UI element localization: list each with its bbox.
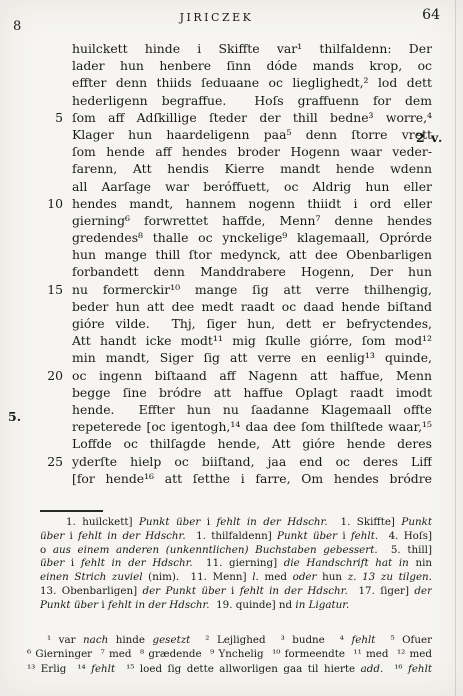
- text-line: hun mange thill ſtor medynck, att dee Ob…: [28, 246, 432, 263]
- line-number: [28, 126, 72, 143]
- text-line: 5ſom aff Adſkillige ſteder der thill bed…: [28, 109, 432, 126]
- line-number: [28, 263, 72, 280]
- variant-apparatus-block: ¹ var nach hinde gesetzt ² Lejlighed ³ b…: [27, 633, 432, 676]
- line-number: [28, 40, 72, 57]
- text-line-content: hun mange thill ſtor medynck, att dee Ob…: [72, 246, 432, 263]
- line-number: 15: [28, 281, 72, 298]
- left-margin-note: 5.: [8, 409, 21, 424]
- text-line-content: ſom hende aff hendes broder Hogenn waar …: [72, 143, 432, 160]
- line-number: 25: [28, 453, 72, 470]
- apparatus-line: 13. Obenbarligen] der Punkt über i fehlt…: [40, 585, 432, 599]
- text-line-content: yderſte hielp oc biiſtand, jaa end oc de…: [72, 453, 432, 470]
- apparatus-line: Punkt über i fehlt in der Hdschr. 19. qu…: [40, 599, 432, 613]
- text-line: lader hun henbere ſinn dóde mands krop, …: [28, 57, 432, 74]
- text-line: hende. Effter hun nu ſaadanne Klagemaall…: [28, 401, 432, 418]
- line-number: [28, 160, 72, 177]
- text-line-content: hederligenn begraffue. Hoſs graffuenn fo…: [72, 92, 432, 109]
- text-line: huilckett hinde i Skiffte var¹ thilfalde…: [28, 40, 432, 57]
- text-line-content: effter denn thiids ſeduaane oc lieglighe…: [72, 74, 432, 91]
- text-line: 10hendes mandt, hannem nogenn thiidt i o…: [28, 195, 432, 212]
- text-line-content: oc ingenn biſtaand aff Nagenn att haffue…: [72, 367, 432, 384]
- text-line: gredendes⁸ thalle oc ynckelige⁹ klagemaa…: [28, 229, 432, 246]
- text-line: Loffde oc thilſagde hende, Att gióre hen…: [28, 435, 432, 452]
- text-line-content: hendes mandt, hannem nogenn thiidt i ord…: [72, 195, 432, 212]
- text-line: min mandt, Siger ſig att verre en eenlig…: [28, 349, 432, 366]
- text-line-content: [for hende¹⁶ att ſetthe i farre, Om hend…: [72, 470, 432, 487]
- line-number: [28, 384, 72, 401]
- line-number: [28, 143, 72, 160]
- text-line-content: gierning⁶ forwrettet haffde, Menn⁷ denne…: [72, 212, 432, 229]
- text-line-content: Att handt icke modt¹¹ mig ſkulle giórre,…: [72, 332, 432, 349]
- line-number: [28, 229, 72, 246]
- text-line-content: ſom aff Adſkillige ſteder der thill bedn…: [72, 109, 432, 126]
- line-number: [28, 57, 72, 74]
- text-line-content: farenn, Att hendis Kierre mandt hende wd…: [72, 160, 432, 177]
- text-line-content: gióre vilde. Thj, ſiger hun, dett er bef…: [72, 315, 432, 332]
- book-page-scan: 8 JIRICZEK 64 2 v. 5. huilckett hinde i …: [0, 0, 463, 696]
- text-line: farenn, Att hendis Kierre mandt hende wd…: [28, 160, 432, 177]
- text-line-content: lader hun henbere ſinn dóde mands krop, …: [72, 57, 432, 74]
- text-line-content: all Aarſage war beróffuett, oc Aldrig hu…: [72, 178, 432, 195]
- text-line: Att handt icke modt¹¹ mig ſkulle giórre,…: [28, 332, 432, 349]
- text-line: effter denn thiids ſeduaane oc lieglighe…: [28, 74, 432, 91]
- text-line-content: Klager hun haardeligenn paa⁵ denn ſtorre…: [72, 126, 432, 143]
- variant-line: ¹ var nach hinde gesetzt ² Lejlighed ³ b…: [27, 633, 432, 647]
- line-number: [28, 315, 72, 332]
- text-line: Klager hun haardeligenn paa⁵ denn ſtorre…: [28, 126, 432, 143]
- text-line-content: forbandett denn Manddrabere Hogenn, Der …: [72, 263, 432, 280]
- footnote-separator-rule: [40, 510, 103, 512]
- text-line: forbandett denn Manddrabere Hogenn, Der …: [28, 263, 432, 280]
- text-line-content: huilckett hinde i Skiffte var¹ thilfalde…: [72, 40, 432, 57]
- text-line-content: gredendes⁸ thalle oc ynckelige⁹ klagemaa…: [72, 229, 432, 246]
- line-number: [28, 435, 72, 452]
- line-number: [28, 92, 72, 109]
- text-line: begge ſine bródre att haffue Oplagt raad…: [28, 384, 432, 401]
- text-line-content: nu formerckir¹⁰ mange ſig att verre thil…: [72, 281, 432, 298]
- line-number: 20: [28, 367, 72, 384]
- variant-line: ⁶ Gierninger ⁷ med ⁸ grædende ⁹ Ynchelig…: [27, 647, 432, 661]
- text-line: [for hende¹⁶ att ſetthe i farre, Om hend…: [28, 470, 432, 487]
- line-number: 5: [28, 109, 72, 126]
- text-line: gióre vilde. Thj, ſiger hun, dett er bef…: [28, 315, 432, 332]
- text-line: repeterede [oc igentogh,¹⁴ daa dee ſom t…: [28, 418, 432, 435]
- text-line-content: hende. Effter hun nu ſaadanne Klagemaall…: [72, 401, 432, 418]
- critical-apparatus-block: 1. huilckett] Punkt über i fehlt in der …: [40, 516, 432, 613]
- apparatus-line: einen Strich zuviel (nim). 11. Menn] l. …: [40, 571, 432, 585]
- text-line-content: min mandt, Siger ſig att verre en eenlig…: [72, 349, 432, 366]
- text-line: gierning⁶ forwrettet haffde, Menn⁷ denne…: [28, 212, 432, 229]
- running-title: JIRICZEK: [0, 11, 433, 24]
- line-number: [28, 298, 72, 315]
- line-number: [28, 349, 72, 366]
- line-number: [28, 401, 72, 418]
- line-number: [28, 178, 72, 195]
- line-number: 10: [28, 195, 72, 212]
- line-number: [28, 74, 72, 91]
- text-line: all Aarſage war beróffuett, oc Aldrig hu…: [28, 178, 432, 195]
- text-line-content: beder hun att dee medt raadt oc daad hen…: [72, 298, 432, 315]
- text-line-content: repeterede [oc igentogh,¹⁴ daa dee ſom t…: [72, 418, 432, 435]
- page-number: 64: [422, 7, 440, 23]
- text-line: beder hun att dee medt raadt oc daad hen…: [28, 298, 432, 315]
- main-text-block: huilckett hinde i Skiffte var¹ thilfalde…: [28, 40, 432, 487]
- text-line: 20oc ingenn biſtaand aff Nagenn att haff…: [28, 367, 432, 384]
- apparatus-line: o aus einem anderen (unkenntlichen) Buch…: [40, 544, 432, 558]
- text-line-content: begge ſine bródre att haffue Oplagt raad…: [72, 384, 432, 401]
- apparatus-line: über i fehlt in der Hdschr. 1. thilfalde…: [40, 530, 432, 544]
- text-line-content: Loffde oc thilſagde hende, Att gióre hen…: [72, 435, 432, 452]
- text-line: 25yderſte hielp oc biiſtand, jaa end oc …: [28, 453, 432, 470]
- line-number: [28, 418, 72, 435]
- text-line: ſom hende aff hendes broder Hogenn waar …: [28, 143, 432, 160]
- variant-line: ¹³ Erlig ¹⁴ fehlt ¹⁵ loed ſig dette allw…: [27, 662, 432, 676]
- apparatus-line: über i fehlt in der Hdschr. 11. gierning…: [40, 557, 432, 571]
- scan-edge-line: [455, 0, 456, 696]
- text-line: 15nu formerckir¹⁰ mange ſig att verre th…: [28, 281, 432, 298]
- line-number: [28, 212, 72, 229]
- line-number: [28, 246, 72, 263]
- text-line: hederligenn begraffue. Hoſs graffuenn fo…: [28, 92, 432, 109]
- line-number: [28, 470, 72, 487]
- line-number: [28, 332, 72, 349]
- apparatus-line: 1. huilckett] Punkt über i fehlt in der …: [40, 516, 432, 530]
